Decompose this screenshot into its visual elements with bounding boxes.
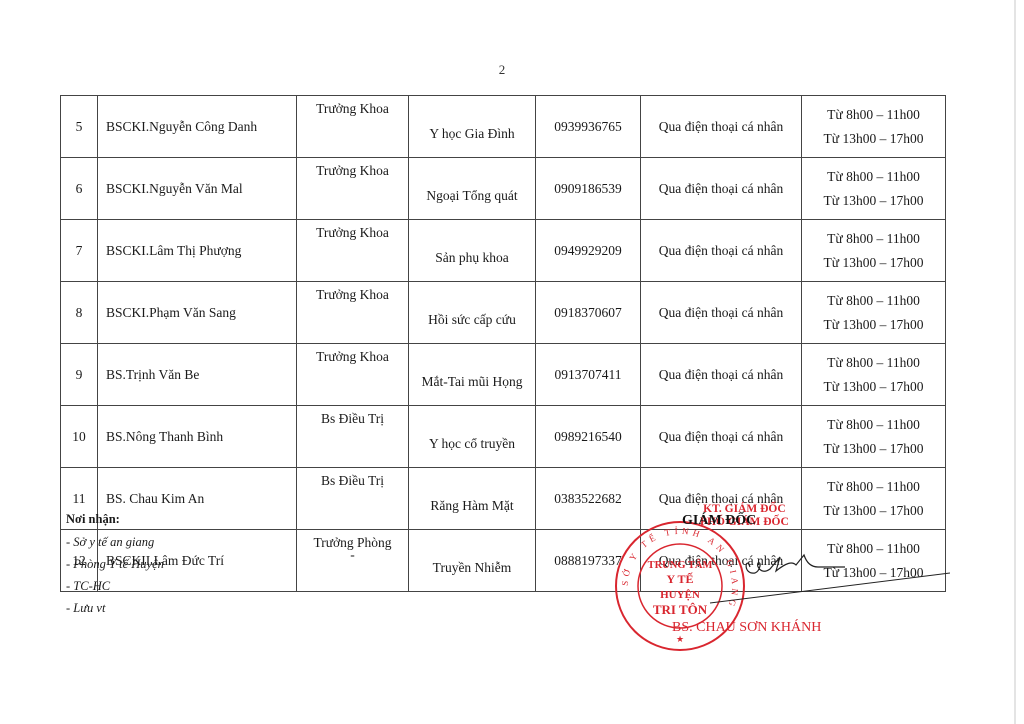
role-suffix: - bbox=[297, 551, 408, 559]
table-row: 8BSCKI.Phạm Văn SangTrưởng KhoaHồi sức c… bbox=[61, 282, 946, 344]
row-number: 10 bbox=[61, 406, 98, 468]
working-hours: Từ 8h00 – 11h00Từ 13h00 – 17h00 bbox=[802, 96, 946, 158]
svg-text:Y TẾ: Y TẾ bbox=[666, 571, 693, 586]
staff-role: Trưởng Khoa bbox=[297, 220, 409, 282]
hours-morning: Từ 8h00 – 11h00 bbox=[802, 165, 945, 189]
signer-name: BS. CHAU SƠN KHÁNH bbox=[672, 620, 821, 636]
role-label: Trưởng Khoa bbox=[316, 349, 389, 364]
department: Ngoại Tổng quát bbox=[409, 158, 536, 220]
working-hours: Từ 8h00 – 11h00Từ 13h00 – 17h00 bbox=[802, 344, 946, 406]
recipients-block: Nơi nhận: - Sở y tế an giang - Phòng Y t… bbox=[66, 512, 164, 623]
role-label: Trưởng Khoa bbox=[316, 163, 389, 178]
department: Sản phụ khoa bbox=[409, 220, 536, 282]
contact-method: Qua điện thoại cá nhân bbox=[641, 158, 802, 220]
role-label: Trưởng Khoa bbox=[316, 287, 389, 302]
director-title: GIÁM ĐỐC bbox=[682, 513, 756, 529]
table-row: 6BSCKI.Nguyễn Văn MalTrưởng KhoaNgoại Tổ… bbox=[61, 158, 946, 220]
working-hours: Từ 8h00 – 11h00Từ 13h00 – 17h00 bbox=[802, 220, 946, 282]
contact-method: Qua điện thoại cá nhân bbox=[641, 96, 802, 158]
hours-morning: Từ 8h00 – 11h00 bbox=[802, 351, 945, 375]
department: Truyền Nhiễm bbox=[409, 530, 536, 592]
phone-number: 0949929209 bbox=[536, 220, 641, 282]
staff-name: BSCKI.Nguyễn Công Danh bbox=[98, 96, 297, 158]
hours-morning: Từ 8h00 – 11h00 bbox=[802, 413, 945, 437]
row-number: 7 bbox=[61, 220, 98, 282]
working-hours: Từ 8h00 – 11h00Từ 13h00 – 17h00 bbox=[802, 468, 946, 530]
hours-afternoon: Từ 13h00 – 17h00 bbox=[802, 437, 945, 461]
hours-afternoon: Từ 13h00 – 17h00 bbox=[802, 127, 945, 151]
recipients-title: Nơi nhận: bbox=[66, 512, 164, 527]
hours-morning: Từ 8h00 – 11h00 bbox=[802, 227, 945, 251]
staff-name: BSCKI.Phạm Văn Sang bbox=[98, 282, 297, 344]
contact-method: Qua điện thoại cá nhân bbox=[641, 406, 802, 468]
phone-number: 0918370607 bbox=[536, 282, 641, 344]
department: Y học cổ truyền bbox=[409, 406, 536, 468]
staff-role: Bs Điều Trị bbox=[297, 468, 409, 530]
row-number: 6 bbox=[61, 158, 98, 220]
working-hours: Từ 8h00 – 11h00Từ 13h00 – 17h00 bbox=[802, 158, 946, 220]
staff-role: Bs Điều Trị bbox=[297, 406, 409, 468]
row-number: 8 bbox=[61, 282, 98, 344]
hours-morning: Từ 8h00 – 11h00 bbox=[802, 475, 945, 499]
department: Y học Gia Đình bbox=[409, 96, 536, 158]
phone-number: 0909186539 bbox=[536, 158, 641, 220]
signature-scribble-icon bbox=[700, 545, 950, 610]
hours-morning: Từ 8h00 – 11h00 bbox=[802, 103, 945, 127]
department: Răng Hàm Mặt bbox=[409, 468, 536, 530]
role-label: Bs Điều Trị bbox=[321, 411, 384, 426]
staff-name: BS.Nông Thanh Bình bbox=[98, 406, 297, 468]
contact-method: Qua điện thoại cá nhân bbox=[641, 344, 802, 406]
recipient-item: - Sở y tế an giang bbox=[66, 535, 164, 550]
phone-number: 0989216540 bbox=[536, 406, 641, 468]
table-row: 9BS.Trịnh Văn BeTrưởng KhoaMắt-Tai mũi H… bbox=[61, 344, 946, 406]
page-number: 2 bbox=[0, 62, 1004, 78]
hours-afternoon: Từ 13h00 – 17h00 bbox=[802, 375, 945, 399]
hours-afternoon: Từ 13h00 – 17h00 bbox=[802, 313, 945, 337]
staff-role: Trưởng Khoa bbox=[297, 96, 409, 158]
staff-name: BSCKI.Nguyễn Văn Mal bbox=[98, 158, 297, 220]
department: Mắt-Tai mũi Họng bbox=[409, 344, 536, 406]
table-row: 7BSCKI.Lâm Thị PhượngTrưởng KhoaSản phụ … bbox=[61, 220, 946, 282]
department: Hồi sức cấp cứu bbox=[409, 282, 536, 344]
staff-contact-table: 5BSCKI.Nguyễn Công DanhTrưởng KhoaY học … bbox=[60, 95, 946, 592]
row-number: 5 bbox=[61, 96, 98, 158]
role-label: Bs Điều Trị bbox=[321, 473, 384, 488]
role-label: Trưởng Khoa bbox=[316, 101, 389, 116]
phone-number: 0913707411 bbox=[536, 344, 641, 406]
scan-edge-line bbox=[1014, 0, 1016, 724]
staff-role: Trưởng Khoa bbox=[297, 282, 409, 344]
hours-morning: Từ 8h00 – 11h00 bbox=[802, 289, 945, 313]
staff-role: Trưởng Khoa bbox=[297, 344, 409, 406]
table-row: 11BS. Chau Kim AnBs Điều TrịRăng Hàm Mặt… bbox=[61, 468, 946, 530]
hours-afternoon: Từ 13h00 – 17h00 bbox=[802, 499, 945, 523]
hours-afternoon: Từ 13h00 – 17h00 bbox=[802, 251, 945, 275]
recipient-item: - TC-HC bbox=[66, 579, 164, 594]
contact-method: Qua điện thoại cá nhân bbox=[641, 220, 802, 282]
recipient-item: - Lưu vt bbox=[66, 601, 164, 616]
contact-method: Qua điện thoại cá nhân bbox=[641, 282, 802, 344]
recipient-item: - Phòng Y tế Huyện bbox=[66, 557, 164, 572]
svg-text:HUYỆN: HUYỆN bbox=[660, 588, 700, 601]
staff-role: Trưởng Phòng- bbox=[297, 530, 409, 592]
working-hours: Từ 8h00 – 11h00Từ 13h00 – 17h00 bbox=[802, 406, 946, 468]
hours-afternoon: Từ 13h00 – 17h00 bbox=[802, 189, 945, 213]
row-number: 9 bbox=[61, 344, 98, 406]
staff-role: Trưởng Khoa bbox=[297, 158, 409, 220]
staff-name: BS.Trịnh Văn Be bbox=[98, 344, 297, 406]
table-row: 10BS.Nông Thanh BìnhBs Điều TrịY học cổ … bbox=[61, 406, 946, 468]
phone-number: 0939936765 bbox=[536, 96, 641, 158]
working-hours: Từ 8h00 – 11h00Từ 13h00 – 17h00 bbox=[802, 282, 946, 344]
role-label: Trưởng Khoa bbox=[316, 225, 389, 240]
table-row: 5BSCKI.Nguyễn Công DanhTrưởng KhoaY học … bbox=[61, 96, 946, 158]
staff-name: BSCKI.Lâm Thị Phượng bbox=[98, 220, 297, 282]
